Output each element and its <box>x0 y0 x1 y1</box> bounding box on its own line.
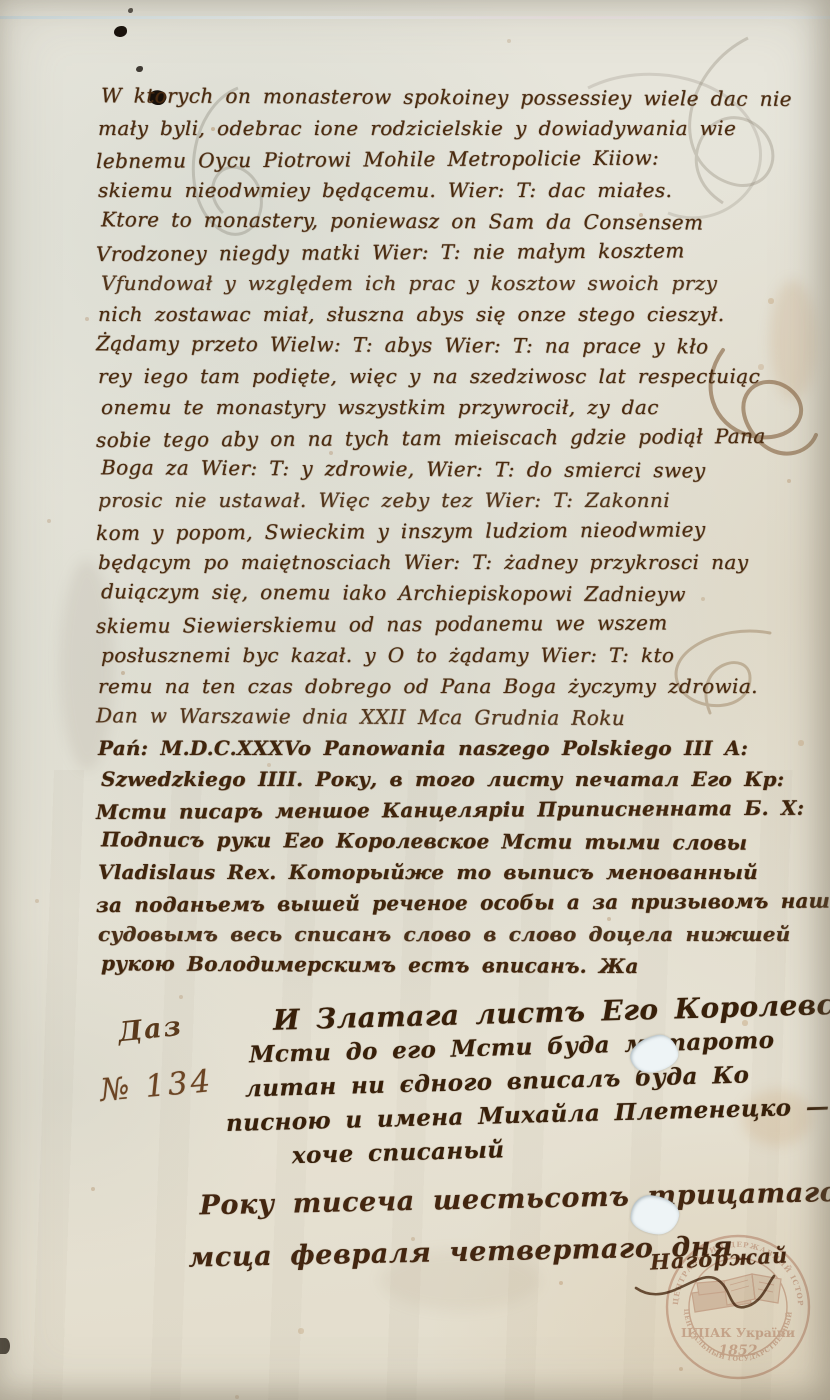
text-line: kom y popom, Swieckim y inszym ludziom n… <box>96 514 758 549</box>
manuscript-scan-page: { "page": { "ink_color": "#45290f", "pap… <box>0 0 830 1400</box>
open-book-icon <box>692 1274 781 1312</box>
text-line: Мсти писаръ меншое Канцеляріи Приписненн… <box>96 793 758 828</box>
archive-stamp: ЦЕНТРАЛЬНИЙ ДЕРЖАВНИЙ ІСТОРИЧНИЙ АРХІВ У… <box>664 1233 812 1381</box>
foxing-speckles <box>0 0 2 2</box>
text-line: Żądamy przeto Wielw: T: abys Wier: T: na… <box>96 328 758 362</box>
water-stain <box>770 280 816 400</box>
text-line: nich zostawac miał, słuszna abys się onz… <box>98 299 758 330</box>
text-line: prosic nie ustawał. Więc zeby tez Wier: … <box>98 485 758 516</box>
stamp-abbr-text: ЦДІАК України <box>681 1325 795 1340</box>
text-line: рукою Володимерскимъ естъ вписанъ. Жа <box>101 948 758 982</box>
text-line: posłusznemi byc kazał. y O to żądamy Wie… <box>101 640 758 671</box>
text-line: rey iego tam podięte, więc y na szedziwo… <box>98 361 758 392</box>
text-line: Dan w Warszawie dnia XXII Mca Grudnia Ro… <box>96 700 758 734</box>
text-line: W ktorych on monasterow spokoiney posses… <box>101 80 758 114</box>
text-line: судовымъ весь списанъ слово в слово доце… <box>98 919 758 950</box>
text-line: Pań: M.D.C.XXXVo Panowania naszego Polsk… <box>98 733 758 764</box>
ink-blot <box>0 1338 10 1354</box>
text-line: duiączym się, onemu iako Archiepiskopowi… <box>101 576 758 610</box>
scanner-artifact-line <box>0 16 830 19</box>
text-line: remu na ten czas dobrego od Pana Boga ży… <box>98 671 758 702</box>
manuscript-main-text: W ktorych on monasterow spokoiney posses… <box>98 82 758 981</box>
text-line: Boga za Wier: T: y zdrowie, Wier: T: do … <box>101 452 758 486</box>
text-line: lebnemu Oycu Piotrowi Mohile Metropolici… <box>96 142 758 177</box>
stamp-year-text: 1852 <box>719 1343 758 1359</box>
text-line: Ktore to monastery, poniewasz on Sam da … <box>101 204 758 238</box>
text-line: sobie tego aby on na tych tam mieiscach … <box>96 421 758 456</box>
text-line: Vrodzoney niegdy matki Wier: T: nie mały… <box>96 235 758 270</box>
text-line: Vfundował y względem ich prac y kosztow … <box>101 268 758 299</box>
text-line: onemu te monastyry wszystkim przywrocił,… <box>101 392 758 423</box>
text-line: mały byli, odebrac ione rodzicielskie y … <box>98 113 758 144</box>
text-line: skiemu Siewierskiemu od nas podanemu we … <box>96 607 758 642</box>
text-line: Szwedzkiego IIII. Року, в того листу печ… <box>101 764 758 795</box>
cyrillic-note-block: И Златага листъ Его КоролевскоеМсти до е… <box>216 991 741 1175</box>
text-line: за поданьемъ вышей реченое особы а за пр… <box>96 886 758 921</box>
text-line: skiemu nieodwmiey będącemu. Wier: T: dac… <box>98 175 758 206</box>
text-line: będącym po maiętnosciach Wier: T: żadney… <box>98 547 758 578</box>
text-line: Подписъ руки Его Королевское Мсти тыми с… <box>101 824 758 858</box>
text-line: Vladislaus Rex. Которыйже то выписъ мено… <box>98 857 758 888</box>
